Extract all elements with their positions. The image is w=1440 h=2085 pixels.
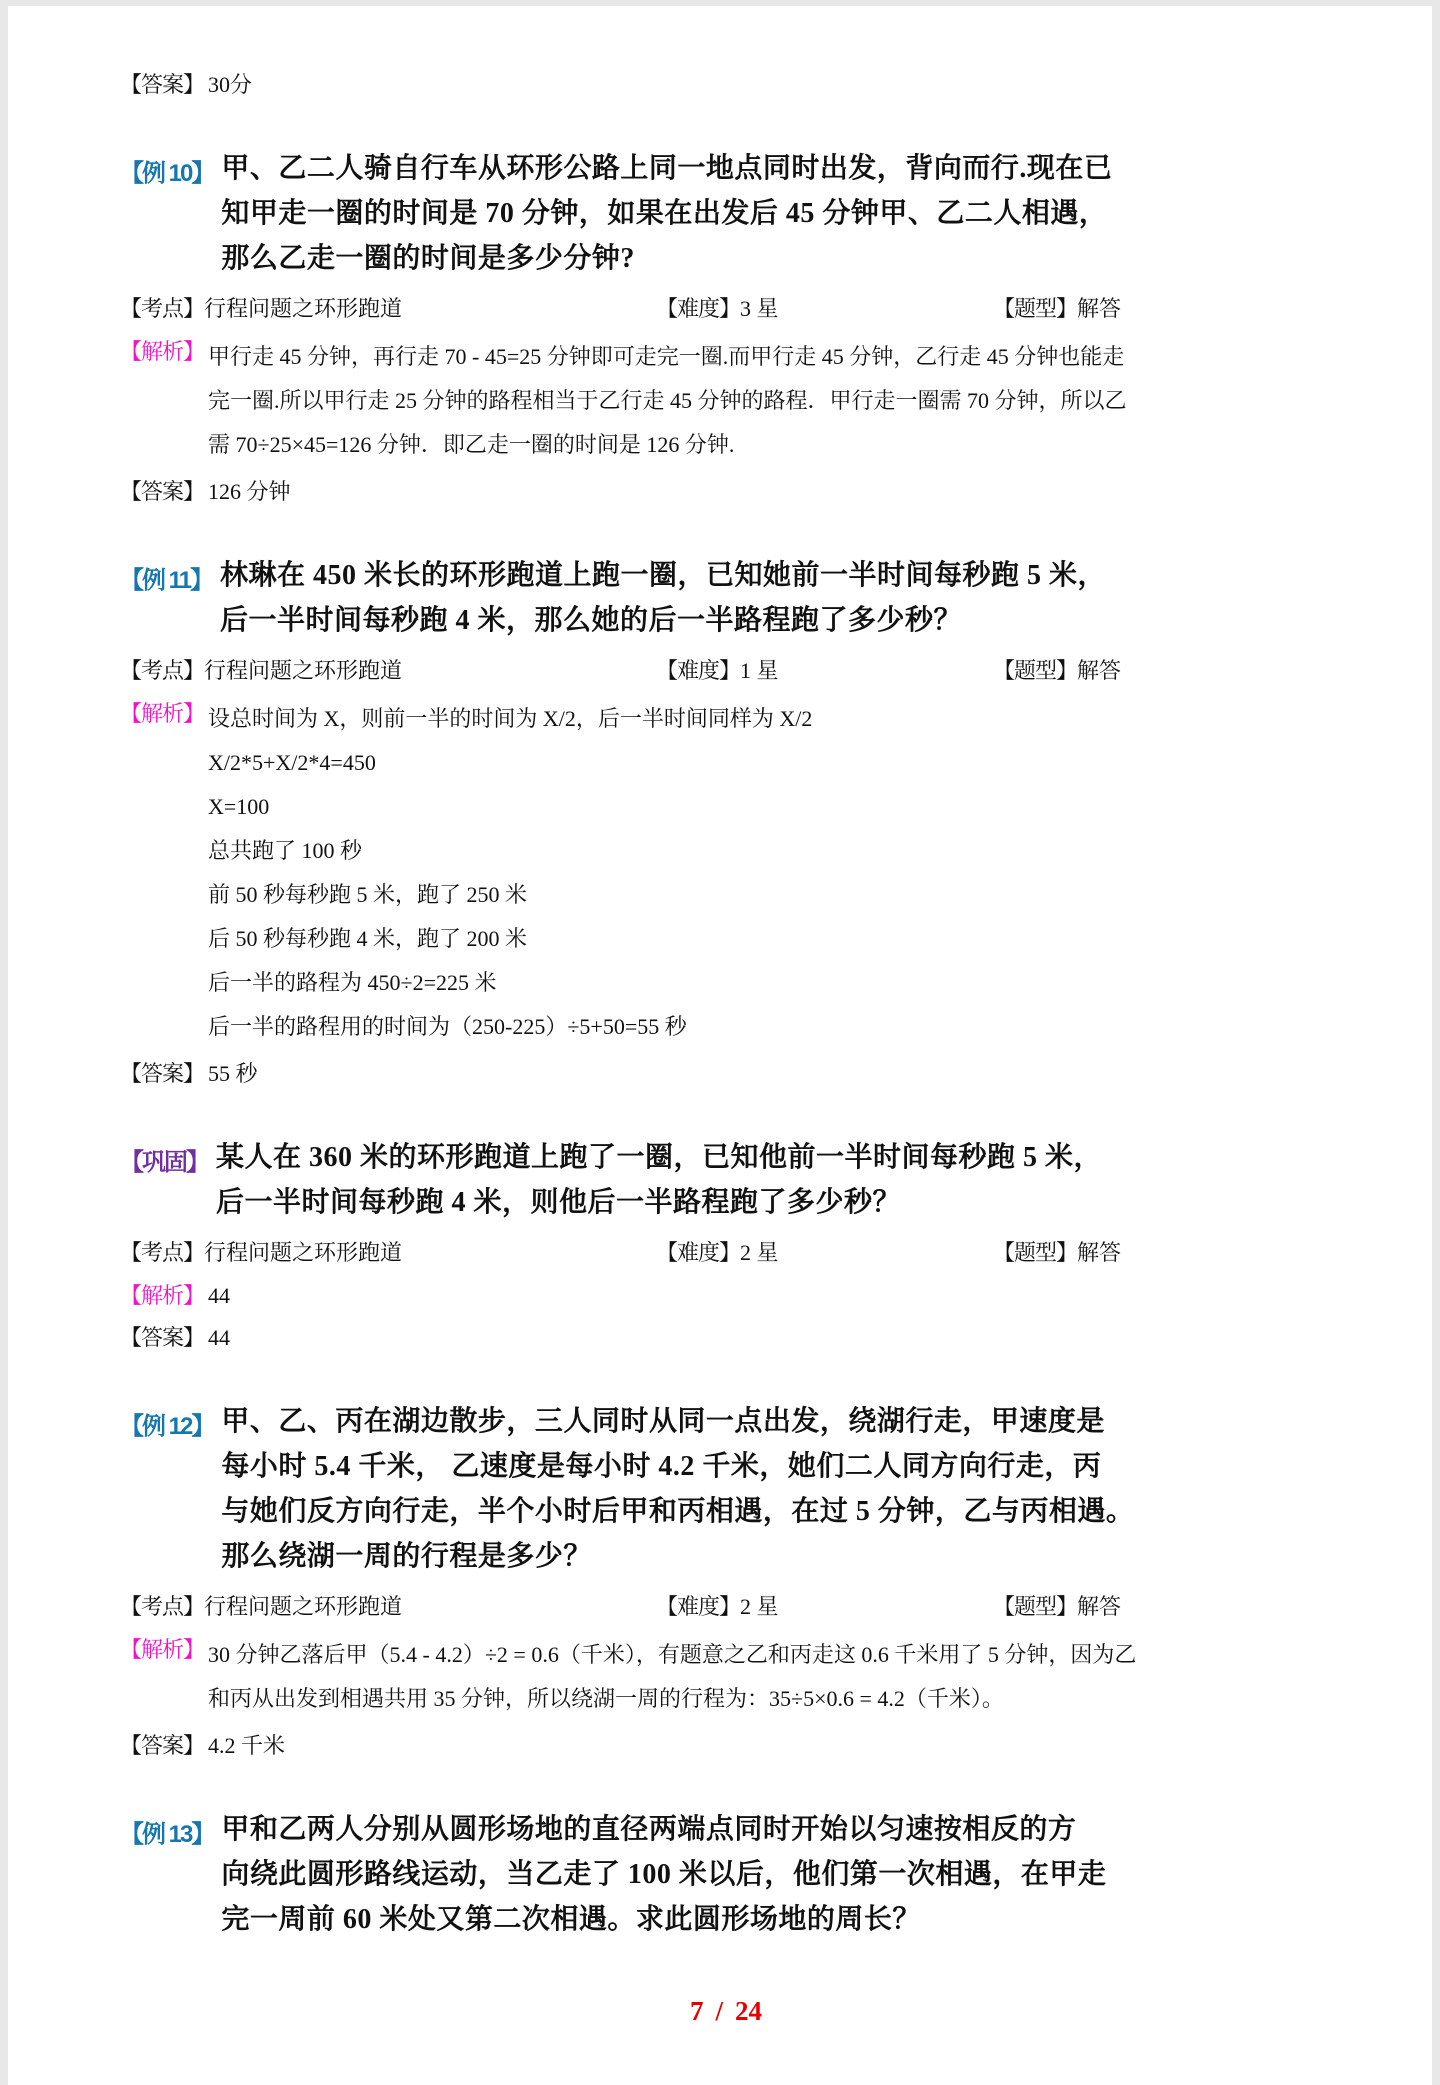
problem-text: 甲、乙、丙在湖边散步，三人同时从同一点出发，绕湖行走，甲速度是 每小时 5.4 …: [221, 1399, 1332, 1579]
answer-label: 【答案】: [120, 1321, 204, 1355]
answer-label: 【答案】: [120, 475, 204, 509]
example-11-section: 【例 11】 林琳在 450 米长的环形跑道上跑一圈，已知她前一半时间每秒跑 5…: [120, 553, 1332, 1091]
consolidation-section: 【巩固】 某人在 360 米的环形跑道上跑了一圈，已知他前一半时间每秒跑 5 米…: [120, 1135, 1332, 1355]
problem-line: 甲、乙二人骑自行车从环形公路上同一地点同时出发，背向而行.现在已: [221, 146, 1332, 191]
analysis-line: 前 50 秒每秒跑 5 米，跑了 250 米: [208, 873, 1332, 917]
problem-line: 向绕此圆形路线运动，当乙走了 100 米以后，他们第一次相遇，在甲走: [221, 1852, 1332, 1897]
problem-line: 后一半时间每秒跑 4 米，那么她的后一半路程跑了多少秒？: [220, 598, 1332, 643]
problem-line: 那么绕湖一周的行程是多少？: [221, 1534, 1332, 1579]
analysis-line: 完一圈.所以甲行走 25 分钟的路程相当于乙行走 45 分钟的路程．甲行走一圈需…: [208, 379, 1332, 423]
answer-row: 【答案】 44: [120, 1321, 1332, 1355]
analysis-line: X/2*5+X/2*4=450: [208, 741, 1332, 785]
problem-statement: 【例 10】 甲、乙二人骑自行车从环形公路上同一地点同时出发，背向而行.现在已 …: [120, 146, 1332, 281]
analysis-line: 甲行走 45 分钟，再行走 70 - 45=25 分钟即可走完一圈.而甲行走 4…: [208, 335, 1332, 379]
question-type: 【题型】解答: [993, 293, 1332, 325]
difficulty-label: 【难度】: [656, 1240, 740, 1265]
difficulty-label: 【难度】: [656, 296, 740, 321]
problem-line: 后一半时间每秒跑 4 米，则他后一半路程跑了多少秒？: [216, 1180, 1332, 1225]
answer-row: 【答案】 4.2 千米: [120, 1729, 1332, 1763]
problem-line: 甲和乙两人分别从圆形场地的直径两端点同时开始以匀速按相反的方: [221, 1807, 1332, 1852]
analysis-row: 【解析】 30 分钟乙落后甲（5.4 - 4.2）÷2 = 0.6（千米），有题…: [120, 1633, 1332, 1721]
question-type: 【题型】解答: [993, 1237, 1332, 1269]
question-type: 【题型】解答: [993, 1591, 1332, 1623]
difficulty: 【难度】2 星: [656, 1237, 993, 1269]
problem-statement: 【巩固】 某人在 360 米的环形跑道上跑了一圈，已知他前一半时间每秒跑 5 米…: [120, 1135, 1332, 1225]
page-number: 7/24: [120, 1996, 1332, 2027]
difficulty-label: 【难度】: [656, 658, 740, 683]
answer-label: 【答案】: [120, 68, 204, 102]
analysis-line: 后 50 秒每秒跑 4 米，跑了 200 米: [208, 917, 1332, 961]
answer-text: 4.2 千米: [208, 1729, 285, 1763]
worksheet-page: 【答案】 30分 【例 10】 甲、乙二人骑自行车从环形公路上同一地点同时出发，…: [8, 6, 1432, 2085]
top-answer-row: 【答案】 30分: [120, 68, 1332, 102]
difficulty: 【难度】1 星: [656, 655, 993, 687]
difficulty: 【难度】2 星: [656, 1591, 993, 1623]
analysis-label: 【解析】: [120, 1279, 204, 1313]
analysis-line: 总共跑了 100 秒: [208, 829, 1332, 873]
problem-statement: 【例 13】 甲和乙两人分别从圆形场地的直径两端点同时开始以匀速按相反的方 向绕…: [120, 1807, 1332, 1942]
meta-row: 【考点】行程问题之环形跑道 【难度】3 星 【题型】解答: [120, 293, 1332, 325]
question-type-label: 【题型】: [993, 1240, 1077, 1265]
example-13-label: 【例 13】: [120, 1807, 213, 1942]
knowledge-point-label: 【考点】: [120, 1594, 204, 1619]
problem-line: 知甲走一圈的时间是 70 分钟，如果在出发后 45 分钟甲、乙二人相遇，: [221, 191, 1332, 236]
page-number-current: 7: [690, 1996, 704, 2026]
problem-statement: 【例 12】 甲、乙、丙在湖边散步，三人同时从同一点出发，绕湖行走，甲速度是 每…: [120, 1399, 1332, 1579]
analysis-row: 【解析】 甲行走 45 分钟，再行走 70 - 45=25 分钟即可走完一圈.而…: [120, 335, 1332, 467]
analysis-line: 后一半的路程用的时间为（250-225）÷5+50=55 秒: [208, 1005, 1332, 1049]
problem-line: 与她们反方向行走，半个小时后甲和丙相遇，在过 5 分钟，乙与丙相遇。: [221, 1489, 1332, 1534]
knowledge-point: 【考点】行程问题之环形跑道: [120, 1237, 656, 1269]
question-type-label: 【题型】: [993, 296, 1077, 321]
knowledge-point: 【考点】行程问题之环形跑道: [120, 1591, 656, 1623]
analysis-text: 30 分钟乙落后甲（5.4 - 4.2）÷2 = 0.6（千米），有题意之乙和丙…: [208, 1633, 1332, 1721]
analysis-label: 【解析】: [120, 1633, 204, 1667]
problem-line: 每小时 5.4 千米， 乙速度是每小时 4.2 千米，她们二人同方向行走，丙: [221, 1444, 1332, 1489]
analysis-line: 和丙从出发到相遇共用 35 分钟，所以绕湖一周的行程为：35÷5×0.6 = 4…: [208, 1677, 1332, 1721]
analysis-label: 【解析】: [120, 697, 204, 731]
question-type-label: 【题型】: [993, 1594, 1077, 1619]
problem-text: 某人在 360 米的环形跑道上跑了一圈，已知他前一半时间每秒跑 5 米， 后一半…: [216, 1135, 1332, 1225]
question-type-label: 【题型】: [993, 658, 1077, 683]
problem-text: 甲、乙二人骑自行车从环形公路上同一地点同时出发，背向而行.现在已 知甲走一圈的时…: [221, 146, 1332, 281]
problem-text: 甲和乙两人分别从圆形场地的直径两端点同时开始以匀速按相反的方 向绕此圆形路线运动…: [221, 1807, 1332, 1942]
analysis-line: 44: [208, 1279, 1332, 1313]
answer-row: 【答案】 126 分钟: [120, 475, 1332, 509]
knowledge-point: 【考点】行程问题之环形跑道: [120, 655, 656, 687]
problem-line: 某人在 360 米的环形跑道上跑了一圈，已知他前一半时间每秒跑 5 米，: [216, 1135, 1332, 1180]
meta-row: 【考点】行程问题之环形跑道 【难度】1 星 【题型】解答: [120, 655, 1332, 687]
page-number-total: 24: [735, 1996, 762, 2026]
consolidation-label: 【巩固】: [120, 1135, 208, 1225]
analysis-line: 后一半的路程为 450÷2=225 米: [208, 961, 1332, 1005]
knowledge-point-label: 【考点】: [120, 1240, 204, 1265]
example-12-label: 【例 12】: [120, 1399, 213, 1579]
meta-row: 【考点】行程问题之环形跑道 【难度】2 星 【题型】解答: [120, 1237, 1332, 1269]
example-10-label: 【例 10】: [120, 146, 213, 281]
answer-text: 30分: [208, 68, 252, 102]
problem-line: 林琳在 450 米长的环形跑道上跑一圈，已知她前一半时间每秒跑 5 米，: [220, 553, 1332, 598]
knowledge-point-label: 【考点】: [120, 658, 204, 683]
answer-label: 【答案】: [120, 1057, 204, 1091]
example-11-label: 【例 11】: [120, 553, 212, 643]
analysis-line: 30 分钟乙落后甲（5.4 - 4.2）÷2 = 0.6（千米），有题意之乙和丙…: [208, 1633, 1332, 1677]
answer-row: 【答案】 55 秒: [120, 1057, 1332, 1091]
difficulty-label: 【难度】: [656, 1594, 740, 1619]
problem-line: 那么乙走一圈的时间是多少分钟?: [221, 236, 1332, 281]
analysis-line: 需 70÷25×45=126 分钟．即乙走一圈的时间是 126 分钟.: [208, 423, 1332, 467]
analysis-text: 44: [208, 1279, 1332, 1313]
problem-text: 林琳在 450 米长的环形跑道上跑一圈，已知她前一半时间每秒跑 5 米， 后一半…: [220, 553, 1332, 643]
analysis-line: X=100: [208, 785, 1332, 829]
analysis-text: 设总时间为 X，则前一半的时间为 X/2，后一半时间同样为 X/2 X/2*5+…: [208, 697, 1332, 1049]
meta-row: 【考点】行程问题之环形跑道 【难度】2 星 【题型】解答: [120, 1591, 1332, 1623]
analysis-row: 【解析】 44: [120, 1279, 1332, 1313]
difficulty: 【难度】3 星: [656, 293, 993, 325]
problem-line: 甲、乙、丙在湖边散步，三人同时从同一点出发，绕湖行走，甲速度是: [221, 1399, 1332, 1444]
answer-text: 44: [208, 1321, 230, 1355]
analysis-line: 设总时间为 X，则前一半的时间为 X/2，后一半时间同样为 X/2: [208, 697, 1332, 741]
answer-label: 【答案】: [120, 1729, 204, 1763]
page-number-separator: /: [715, 1996, 723, 2026]
knowledge-point: 【考点】行程问题之环形跑道: [120, 293, 656, 325]
analysis-text: 甲行走 45 分钟，再行走 70 - 45=25 分钟即可走完一圈.而甲行走 4…: [208, 335, 1332, 467]
example-12-section: 【例 12】 甲、乙、丙在湖边散步，三人同时从同一点出发，绕湖行走，甲速度是 每…: [120, 1399, 1332, 1763]
analysis-label: 【解析】: [120, 335, 204, 369]
example-10-section: 【例 10】 甲、乙二人骑自行车从环形公路上同一地点同时出发，背向而行.现在已 …: [120, 146, 1332, 509]
question-type: 【题型】解答: [993, 655, 1332, 687]
problem-line: 完一周前 60 米处又第二次相遇。求此圆形场地的周长？: [221, 1897, 1332, 1942]
example-13-section: 【例 13】 甲和乙两人分别从圆形场地的直径两端点同时开始以匀速按相反的方 向绕…: [120, 1807, 1332, 1942]
analysis-row: 【解析】 设总时间为 X，则前一半的时间为 X/2，后一半时间同样为 X/2 X…: [120, 697, 1332, 1049]
problem-statement: 【例 11】 林琳在 450 米长的环形跑道上跑一圈，已知她前一半时间每秒跑 5…: [120, 553, 1332, 643]
answer-text: 126 分钟: [208, 475, 291, 509]
knowledge-point-label: 【考点】: [120, 296, 204, 321]
answer-text: 55 秒: [208, 1057, 258, 1091]
